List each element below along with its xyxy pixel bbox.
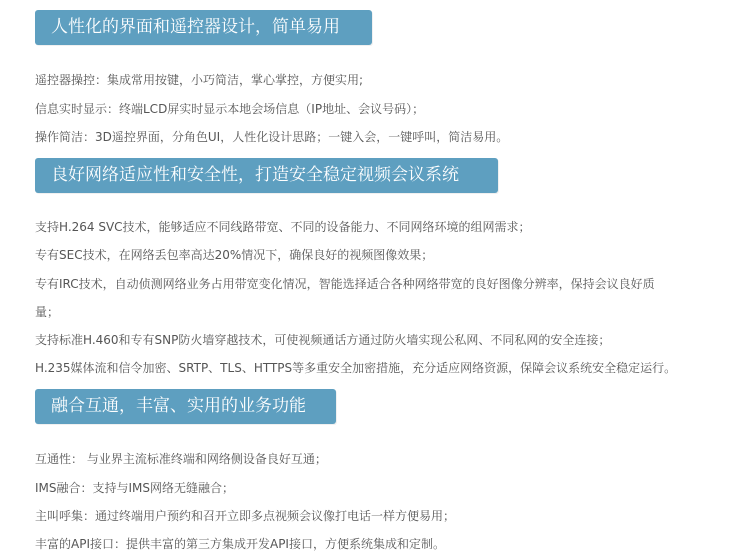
feature-line: 专有SEC技术，在网络丢包率高达20%情况下，确保良好的视频图像效果； bbox=[35, 247, 433, 263]
feature-line: 操作简洁：3D遥控界面，分角色UI，人性化设计思路；一键入会，一键呼叫，简洁易用… bbox=[35, 129, 508, 145]
feature-document: 人性化的界面和遥控器设计，简单易用 遥控器操控：集成常用按键，小巧简洁，掌心掌控… bbox=[0, 0, 750, 559]
feature-line: 遥控器操控：集成常用按键，小巧简洁，掌心掌控，方便实用; bbox=[35, 72, 363, 88]
section-heading-network-security: 良好网络适应性和安全性，打造安全稳定视频会议系统 bbox=[35, 158, 498, 193]
section-heading-interop-services: 融合互通，丰富、实用的业务功能 bbox=[35, 389, 336, 424]
feature-line: 支持H.264 SVC技术，能够适应不同线路带宽、不同的设备能力、不同网络环境的… bbox=[35, 219, 531, 235]
feature-line: H.235媒体流和信令加密、SRTP、TLS、HTTPS等多重安全加密措施，充分… bbox=[35, 360, 676, 376]
feature-line: 主叫呼集：通过终端用户预约和召开立即多点视频会议像打电话一样方便易用； bbox=[35, 508, 455, 524]
feature-line: 丰富的API接口：提供丰富的第三方集成开发API接口，方便系统集成和定制。 bbox=[35, 536, 445, 552]
feature-line: 专有IRC技术，自动侦测网络业务占用带宽变化情况，智能选择适合各种网络带宽的良好… bbox=[35, 276, 655, 292]
feature-line: 信息实时显示：终端LCD屏实时显示本地会场信息（IP地址、会议号码）； bbox=[35, 101, 424, 117]
feature-line: 量； bbox=[35, 304, 59, 320]
feature-line: 互通性： 与业界主流标准终端和网络侧设备良好互通； bbox=[35, 451, 327, 467]
feature-line: 支持标准H.460和专有SNP防火墙穿越技术，可使视频通话方通过防火墙实现公私网… bbox=[35, 332, 610, 348]
section-heading-ui-design: 人性化的界面和遥控器设计，简单易用 bbox=[35, 10, 372, 45]
feature-line: IMS融合：支持与IMS网络无缝融合； bbox=[35, 480, 234, 496]
